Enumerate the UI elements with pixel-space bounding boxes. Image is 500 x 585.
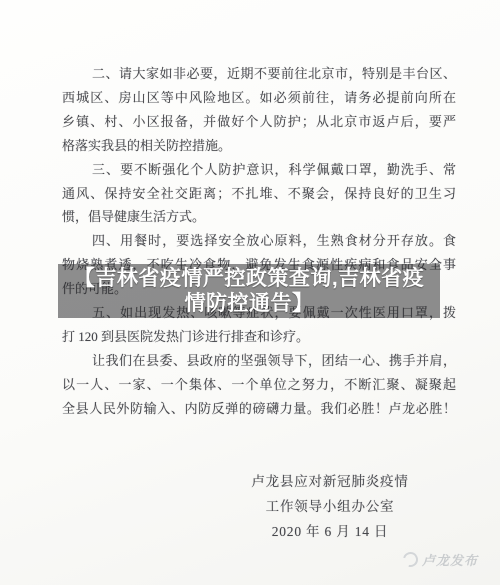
document-line: 让我们在县委、县政府的坚强领导下，团结一心、携手并肩， [92,353,456,369]
signature-date: 2020 年 6 月 14 日 [228,519,432,544]
publisher-watermark: 卢龙发布 [403,550,478,569]
document-line: 通风、保持安全社交距离；不扎堆、不聚会，保持良好的卫生习 [62,186,456,202]
document-line: 格落实我县的相关防控措施。 [62,138,456,154]
document-line: 三、要不断强化个人防护意识，科学佩戴口罩，勤洗手、常 [92,162,456,178]
signature-block: 卢龙县应对新冠肺炎疫情 工作领导小组办公室 2020 年 6 月 14 日 [228,469,432,544]
overlay-caption-banner: 【吉林省疫情严控政策查询,吉林省疫 情防控通告】 [58,264,440,318]
document-line: 以一人、一家、一个集体、一个单位之努力，不断汇聚、凝聚起 [62,377,456,393]
overlay-caption-line-2: 情防控通告】 [185,291,314,316]
overlay-caption-line-1: 【吉林省疫情严控政策查询,吉林省疫 [74,266,424,291]
document-line: 二、请大家如非必要，近期不要前往北京市，特别是丰台区、 [92,66,456,82]
document-line: 西城区、房山区等中风险地区。如必须前往，请务必提前向所在 [62,90,456,106]
signature-org-line-1: 卢龙县应对新冠肺炎疫情 [228,469,432,494]
signature-org-line-2: 工作领导小组办公室 [228,494,432,519]
publisher-logo-icon [400,549,420,569]
document-line: 打 120 到县医院发热门诊进行排查和诊疗。 [62,329,456,345]
document-line: 乡镇、村、小区报备，并做好个人防护；从北京市返卢后，要严 [62,114,456,130]
document-photo: 二、请大家如非必要，近期不要前往北京市，特别是丰台区、西城区、房山区等中风险地区… [0,0,500,585]
publisher-name: 卢龙发布 [422,550,478,569]
document-line: 全县人民外防输入、内防反弹的磅礴力量。我们必胜！卢龙必胜！ [62,401,456,417]
document-line: 惯，倡导健康生活方式。 [62,209,456,225]
document-line: 四、用餐时，要选择安全放心原料，生熟食材分开存放。食 [92,233,456,249]
